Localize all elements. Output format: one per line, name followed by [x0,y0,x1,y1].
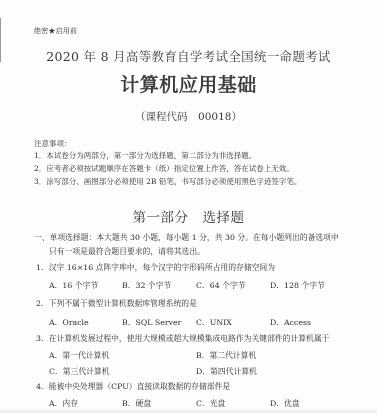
question-3-option-a: A．第一代计算机 [49,350,109,361]
question-1-option-a: A．16 个字节 [49,280,98,291]
section-heading-cont: 只有一项是最符合题目要求的，请将其选出。 [49,246,205,257]
question-3-option-c: C．第三代计算机 [49,366,110,377]
question-3-option-d: D．第四代计算机 [196,366,257,377]
question-1-stem: 1．汉字 16×16 点阵字库中，每个汉字的字形码所占用的存储空间为 [36,262,275,273]
question-2-stem: 2．下列不属于微型计算机数据库管理系统的是 [36,298,197,309]
question-2-option-c: C．UNIX [196,317,232,328]
question-1-option-c: C．64 个字节 [196,280,246,291]
note-item: 1．本试卷分为两部分，第一部分为选择题，第二部分为非选择题。 [34,150,256,161]
question-1-option-b: B．32 个字节 [122,280,171,291]
page-bottom-shadow [0,407,377,413]
note-item: 2．应考者必须按试题顺序在答题卡（纸）指定位置上作答，答在试卷上无效。 [34,163,294,174]
part-one-title: 第一部分 选择题 [0,206,377,226]
exam-page: 绝密★启用前 2020 年 8 月高等教育自学考试全国统一命题考试 计算机应用基… [0,0,377,413]
course-code: （课程代码 00018） [0,109,377,124]
question-2-option-a: A．Oracle [49,317,89,328]
exam-title: 2020 年 8 月高等教育自学考试全国统一命题考试 [0,47,377,65]
note-item: 3．涂写部分、画图部分必须使用 2B 铅笔，书写部分必须使用黑色字迹签字笔。 [34,176,301,187]
question-4-stem: 4．能被中央处理器（CPU）直接读取数据的存储部件是 [36,381,230,392]
question-1-option-d: D．128 个字节 [270,280,325,291]
secret-label: 绝密★启用前 [34,26,77,36]
subject-title: 计算机应用基础 [0,70,377,97]
question-2-option-d: D．Access [270,317,311,328]
question-2-option-b: B．SQL Server [122,317,181,328]
question-3-stem: 3．在计算机发展过程中，使用大规模或超大规模集成电路作为关键部件的计算机属于 [36,333,329,344]
question-3-option-b: B．第二代计算机 [196,350,256,361]
section-heading: 一、单项选择题：本大题共 30 小题，每小题 1 分，共 30 分。在每小题列出… [34,232,339,243]
notes-title: 注意事项： [34,138,72,149]
